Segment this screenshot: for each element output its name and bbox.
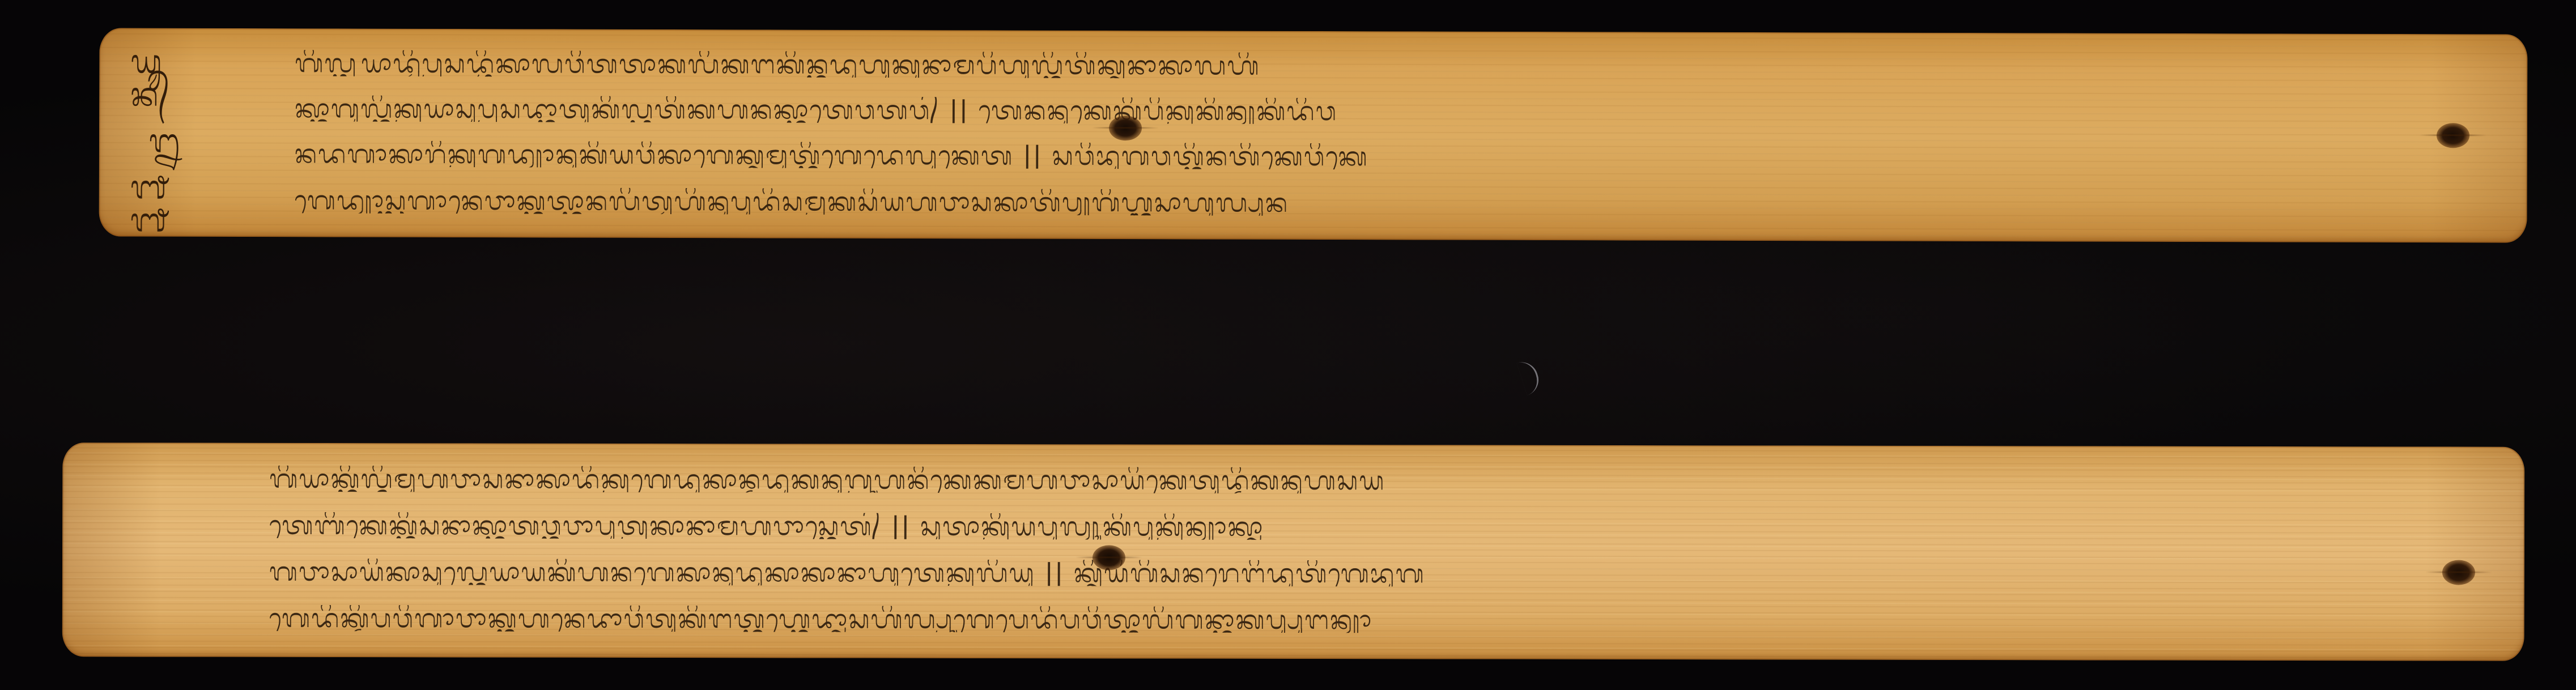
margin-mark: ᭑᭑ <box>130 171 198 237</box>
binding-hole-left <box>1109 116 1142 140</box>
script-line: ᬦᬤᬕᬵᬓᬵᬭᬶᬓ᭄ᬭᬕᬤ᭄ᬬᬵᬦᬸᬓᬶᬬᬯᬶᬓᬵᬕᬾᬓ᭄ᬦᬫᬸᬢ᭄ᬢᬶᬕᬾᬤᬾ… <box>295 140 2346 172</box>
script-line: ᬢᬾᬩᬶᬓᬾᬓ᭄ᬢᬶᬲᬦᬵᬓ᭄ᬢᬵᬢᬯ᭄ᬓᬸᬯᬵᬧᬸᬢ᭄ᬭᬓᬵᬦᬵᬫᬳᬯᬵᬲ᭄ᬓ… <box>269 512 2343 542</box>
binding-hole-right <box>2437 123 2469 148</box>
script-line: ᬕᬾᬤ᭄ᬬᬵᬲ᭄ᬮᬸᬕᬵᬦᬾᬯᬵᬓ᭄ᬢᬸᬢ᭄ᬢᬵᬦᬮᬶᬢ᭄ᬯᬳᬶᬦᬸᬧᬸᬤᬶᬲᬫ… <box>295 187 2346 218</box>
margin-mark: ᭒ <box>148 125 180 157</box>
binding-hole-left <box>1093 545 1125 570</box>
script-line: ᬕᬶᬮ᭄ᬮᬬᬵᬤ᭄ᬯᬶᬧ᭄ᬭᬲᬤ᭄ᬥᬶᬓᬵᬮᬯᬶᬢᬢᬵᬓᬮᬶᬓᬗᬓᬶᬦ᭄ᬢᬸᬤᬸ… <box>295 50 2346 81</box>
palm-leaf-manuscript-1: ᬬᬸᬦ᭄ ᭒ ᭑᭑ ᬕᬶᬮ᭄ᬮᬬᬵᬤ᭄ᬯᬶᬧ᭄ᬭᬲᬤ᭄ᬥᬶᬓᬵᬮᬯᬶᬢᬢᬵᬓᬮᬶ… <box>99 28 2528 242</box>
margin-mark: ᬬᬸᬦ᭄ <box>130 45 198 111</box>
script-line: ᬕᬾᬤᬶᬓ᭄ᬤᬶᬧᬯᬶᬕᬵᬯᬵᬓ᭄ᬓᬳᬦᬾᬤᬵᬯᬶᬢᬸᬓᬶᬗᬢ᭄ᬢᬳ᭄ᬕᬾᬤ᭄ᬦ… <box>269 605 2343 634</box>
script-line: ᬕᬶᬬᬵᬓ᭄ᬢᬶᬮ᭄ᬫ᭄ᬯᬶᬫᬸᬳᬯᬵᬲᬦᬵᬓᬵᬤᬶᬓ᭄ᬭᬕᬾᬤᬸᬓᬵᬦ᭄ᬤᬸᬤ… <box>269 466 2343 495</box>
binding-hole-right <box>2442 560 2475 585</box>
leaf-margin-marks: ᬬᬸᬦ᭄ ᭒ ᭑᭑ <box>130 45 199 237</box>
script-line: ᬓ᭄ᬕᬵᬕᬸᬮ᭄ᬓᬶᬓ᭄ᬭᬬᬵᬲᬸᬧ᭄ᬭᬲᬤ᭄ᬕᬵᬢᬸᬓᬶᬮ᭄ᬳᬸᬢᬶᬓᬳᬦᬓ᭄… <box>295 95 2346 126</box>
script-line: ᬕᬯᬵᬲᬵᬬᬶᬓᬵᬲᬸᬮ᭄ᬕᬾᬬᬵᬬᬓᬶᬳᬦᬕᬾᬓᬵᬦᬸᬤᬸᬓᬵᬓᬵᬦᬵᬳᬸᬢᬾ… <box>269 559 2343 588</box>
palm-leaf-manuscript-2: ᬕᬶᬬᬵᬓ᭄ᬢᬶᬮ᭄ᬫ᭄ᬯᬶᬫᬸᬳᬯᬵᬲᬦᬵᬓᬵᬤᬶᬓ᭄ᬭᬕᬾᬤᬸᬓᬵᬦ᭄ᬤᬸᬤ… <box>62 442 2525 661</box>
